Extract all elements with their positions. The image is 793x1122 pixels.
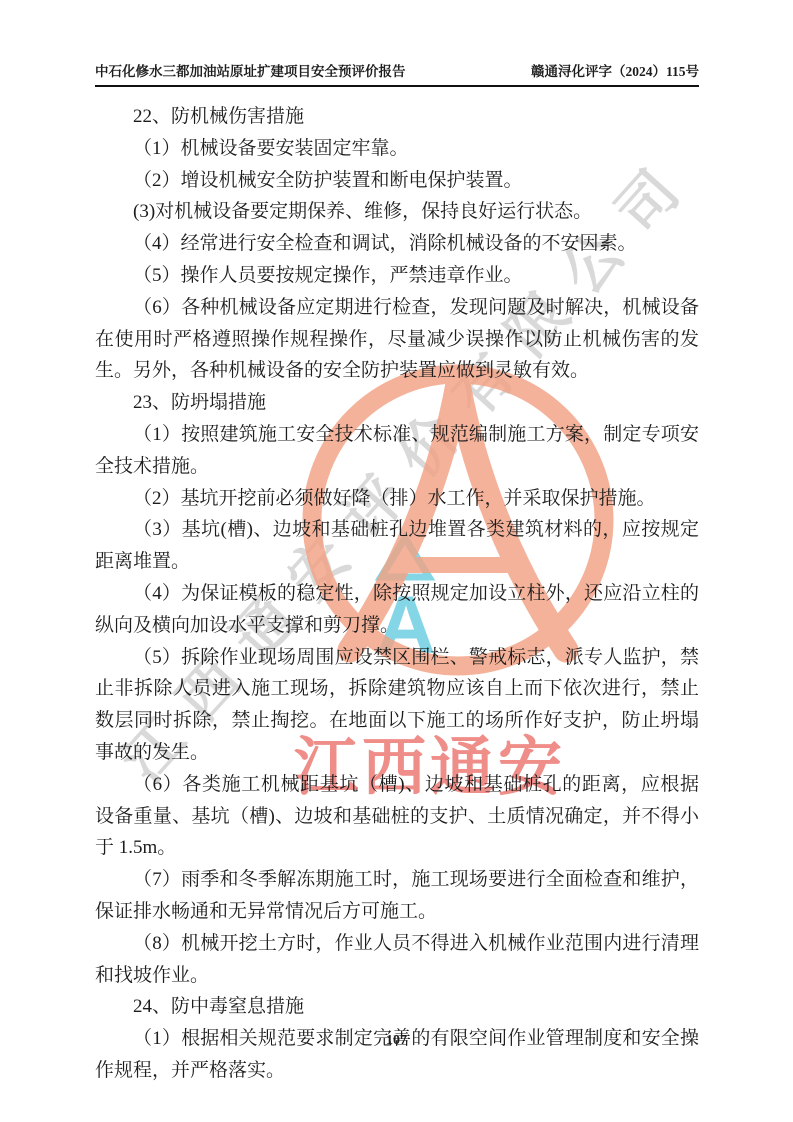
section-heading: 24、防中毒窒息措施 — [95, 991, 699, 1023]
list-item: （5）操作人员要按规定操作，严禁违章作业。 — [95, 260, 699, 292]
document-page: 江西通安评价有限公司 A 江西通安 中石化修水三都加油站原址扩建项目安全预评价报… — [0, 0, 793, 1122]
list-item: （2）基坑开挖前必须做好降（排）水工作，并采取保护措施。 — [95, 483, 699, 515]
list-item: （8）机械开挖土方时，作业人员不得进入机械作业范围内进行清理和找坡作业。 — [95, 928, 699, 992]
body-text: 22、防机械伤害措施 （1）机械设备要安装固定牢靠。 （2）增设机械安全防护装置… — [95, 101, 699, 1087]
page-number: 107 — [0, 1033, 793, 1049]
list-item: (3)对机械设备要定期保养、维修，保持良好运行状态。 — [95, 196, 699, 228]
list-item: （6）各种机械设备应定期进行检查，发现问题及时解决，机械设备在使用时严格遵照操作… — [95, 292, 699, 387]
list-item: （1）机械设备要安装固定牢靠。 — [95, 133, 699, 165]
list-item: （4）经常进行安全检查和调试，消除机械设备的不安因素。 — [95, 228, 699, 260]
list-item: （1）按照建筑施工安全技术标准、规范编制施工方案，制定专项安全技术措施。 — [95, 419, 699, 483]
list-item: （2）增设机械安全防护装置和断电保护装置。 — [95, 165, 699, 197]
section-heading: 22、防机械伤害措施 — [95, 101, 699, 133]
section-heading: 23、防坍塌措施 — [95, 387, 699, 419]
header-doc-number: 赣通浔化评字（2024）115号 — [531, 60, 699, 80]
page-header: 中石化修水三都加油站原址扩建项目安全预评价报告 赣通浔化评字（2024）115号 — [95, 60, 699, 87]
list-item: （7）雨季和冬季解冻期施工时，施工现场要进行全面检查和维护，保证排水畅通和无异常… — [95, 864, 699, 928]
list-item: （3）基坑(槽)、边坡和基础桩孔边堆置各类建筑材料的，应按规定距离堆置。 — [95, 514, 699, 578]
header-report-title: 中石化修水三都加油站原址扩建项目安全预评价报告 — [95, 60, 406, 80]
list-item: （6）各类施工机械距基坑（槽)、边坡和基础桩孔的距离，应根据设备重量、基坑（槽)… — [95, 769, 699, 864]
list-item: （4）为保证模板的稳定性，除按照规定加设立柱外，还应沿立柱的纵向及横向加设水平支… — [95, 578, 699, 642]
list-item: （5）拆除作业现场周围应设禁区围栏、警戒标志，派专人监护，禁止非拆除人员进入施工… — [95, 642, 699, 769]
